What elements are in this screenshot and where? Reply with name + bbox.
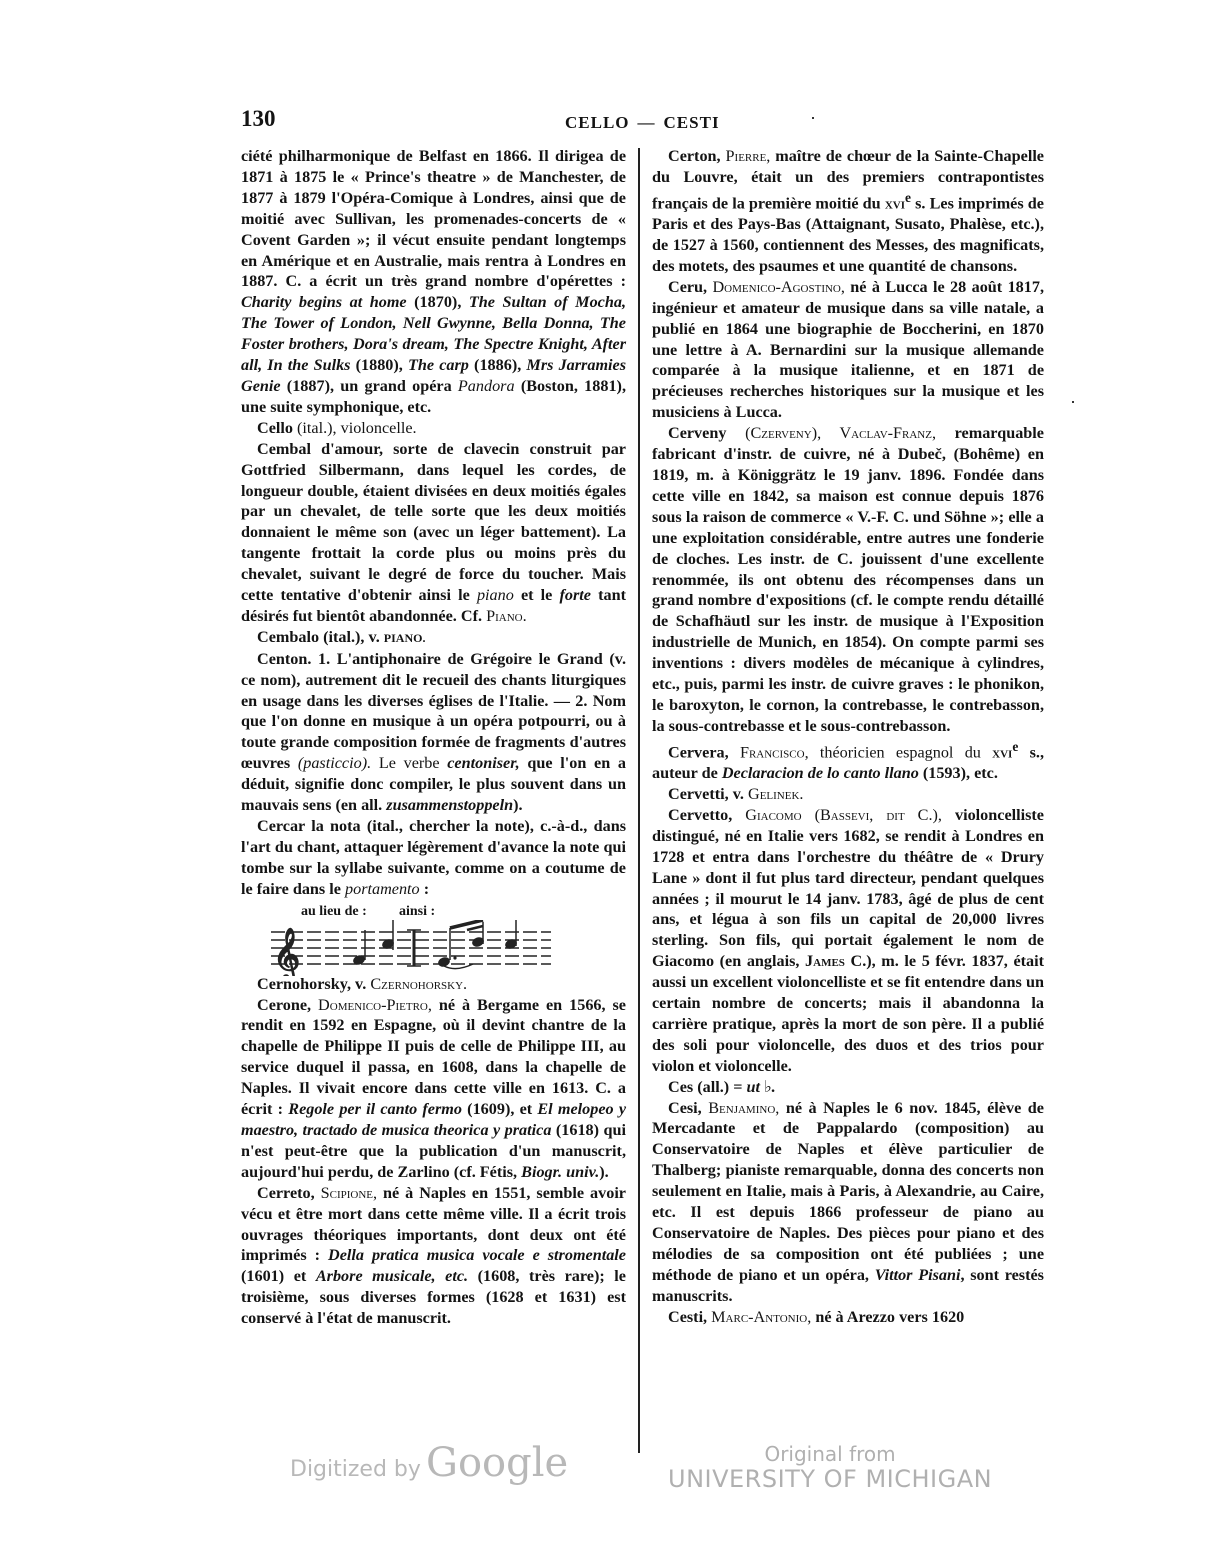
headword: Certon,	[668, 147, 721, 165]
entry-cello: Cello (ital.), violoncelle.	[241, 418, 626, 439]
entry-continuation: ciété philharmonique de Belfast en 1866.…	[241, 146, 626, 418]
headword: Ceru,	[668, 278, 707, 296]
entry-ces: Ces (all.) = ut ♭.	[652, 1077, 1044, 1098]
headword: Cervera,	[668, 743, 729, 761]
entry-ceru: Ceru, Domenico-Agostino, né à Lucca le 2…	[652, 277, 1044, 423]
headword: Cesi,	[668, 1099, 702, 1117]
entry-cercar-la-nota: Cercar la nota (ital., chercher la note)…	[241, 816, 626, 900]
headword: Cerone,	[257, 996, 311, 1014]
left-column: ciété philharmonique de Belfast en 1866.…	[241, 146, 626, 1329]
entry-cerveny: Cerveny (Czerveny), Vaclav-Franz, remarq…	[652, 423, 1044, 737]
music-staff-icon: 𝄞	[241, 920, 561, 976]
scan-speck	[812, 117, 814, 119]
headword: Cervetto,	[668, 806, 732, 824]
digitized-by-google-watermark: Digitized by Google	[290, 1440, 568, 1486]
headword: Cernohorsky,	[257, 975, 351, 993]
headword: Cervetti,	[668, 785, 729, 803]
headword: Cesti,	[668, 1308, 707, 1326]
column-divider	[638, 148, 640, 1453]
headword: Cerreto,	[257, 1184, 315, 1202]
entry-cervera: Cervera, Francisco, théoricien espagnol …	[652, 737, 1044, 784]
entry-cerreto: Cerreto, Scipione, né à Naples en 1551, …	[241, 1183, 626, 1329]
university-watermark: Original from UNIVERSITY OF MICHIGAN	[668, 1444, 992, 1494]
page-number: 130	[241, 106, 276, 132]
running-head-separator: —	[638, 113, 656, 132]
headword: Cembalo	[257, 628, 319, 646]
entry-cerone: Cerone, Domenico-Pietro, né à Bergame en…	[241, 995, 626, 1183]
right-column: Certon, Pierre, maître de chœur de la Sa…	[652, 146, 1044, 1328]
svg-text:𝄞: 𝄞	[273, 927, 300, 976]
entry-cembalo: Cembalo (ital.), v. piano.	[241, 627, 626, 649]
headword: Cerveny	[668, 424, 726, 442]
headword: Ces	[668, 1078, 693, 1096]
headword: Cello	[257, 419, 293, 437]
entry-cervetti: Cervetti, v. Gelinek.	[652, 784, 1044, 805]
running-head-first: CELLO	[565, 113, 630, 132]
entry-centon: Centon. 1. L'antiphonaire de Grégoire le…	[241, 649, 626, 816]
entry-cesti: Cesti, Marc-Antonio, né à Arezzo vers 16…	[652, 1307, 1044, 1328]
running-head-last: CESTI	[664, 113, 720, 132]
entry-certon: Certon, Pierre, maître de chœur de la Sa…	[652, 146, 1044, 277]
headword: Cembal d'amour,	[257, 440, 383, 458]
google-logo: Google	[426, 1440, 568, 1486]
headword: Centon.	[257, 650, 311, 668]
entry-cervetto: Cervetto, Giacomo (Bassevi, dit C.), vio…	[652, 805, 1044, 1077]
scan-speck	[1072, 401, 1074, 403]
entry-cernohorsky: Cernohorsky, v. Czernohorsky.	[241, 974, 626, 995]
entry-cembal-d-amour: Cembal d'amour, sorte de clavecin constr…	[241, 439, 626, 627]
headword: Cercar la nota	[257, 817, 361, 835]
music-example: au lieu de : ainsi : 𝄞	[241, 902, 626, 974]
entry-cesi: Cesi, Benjamino, né à Naples le 6 nov. 1…	[652, 1098, 1044, 1307]
running-head: CELLO—CESTI	[565, 113, 720, 133]
